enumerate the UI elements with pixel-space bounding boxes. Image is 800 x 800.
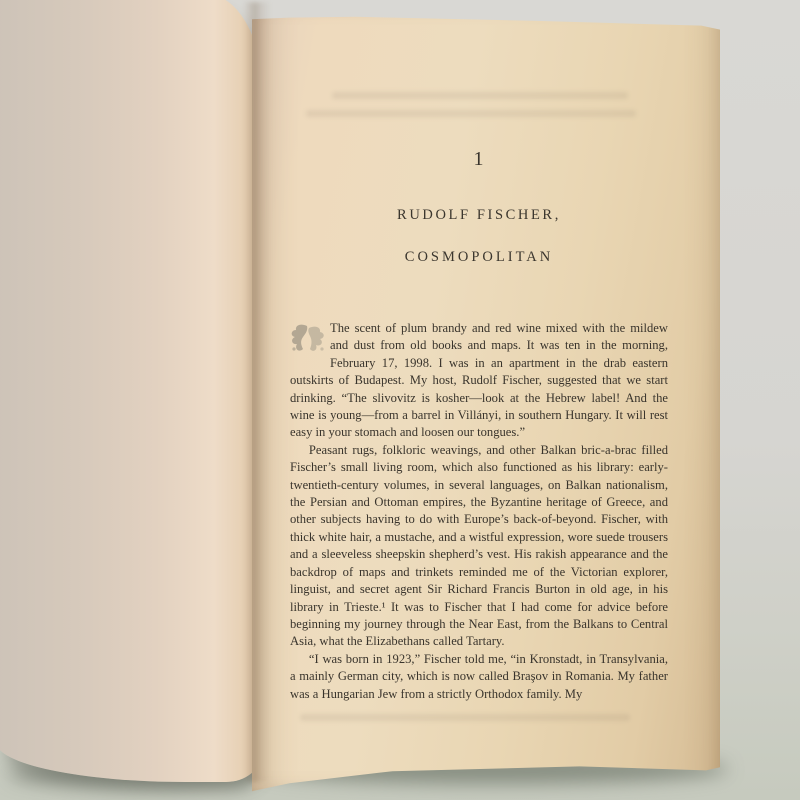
show-through-line [300,714,630,721]
chapter-title-line2: COSMOPOLITAN [290,248,668,266]
body-paragraph-2: Peasant rugs, folkloric weavings, and ot… [290,442,668,651]
page-content: 1 RUDOLF FISCHER, COSMOPOLITAN The scent… [290,148,668,703]
left-page [0,0,262,782]
chapter-number: 1 [290,148,668,170]
gutter-shadow [243,2,271,782]
show-through-line [306,110,636,117]
chapter-title-line1: RUDOLF FISCHER, [290,206,668,224]
body-paragraph-1: The scent of plum brandy and red wine mi… [290,320,668,442]
body-paragraph-3: “I was born in 1923,” Fischer told me, “… [290,651,668,703]
paragraph-text: The scent of plum brandy and red wine mi… [290,321,668,439]
body-text: The scent of plum brandy and red wine mi… [290,320,668,703]
show-through-line [332,92,628,99]
book-photo: 1 RUDOLF FISCHER, COSMOPOLITAN The scent… [0,0,800,800]
fleuron-ornament-icon [288,322,328,355]
